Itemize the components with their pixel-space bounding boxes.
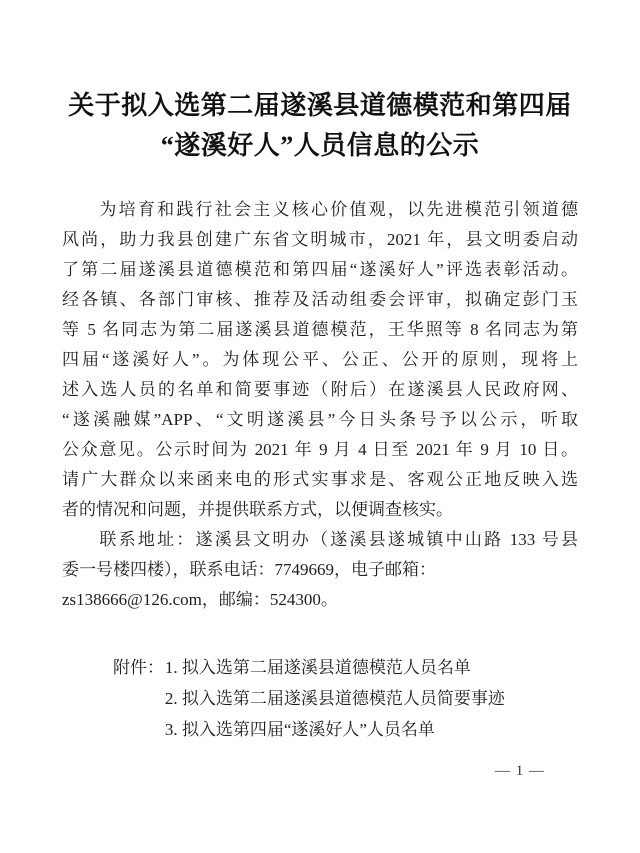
body-line: 述入选人员的名单和简要事迹（附后）在遂溪县人民政府网、 <box>62 375 578 405</box>
attachments-label-spacer <box>113 714 165 745</box>
body-line: 为培育和践行社会主义核心价值观，以先进模范引领道德 <box>62 195 578 225</box>
page-footer: — 1 — <box>62 763 578 780</box>
body-line: zs138666@126.com，邮编：524300。 <box>62 585 578 615</box>
body-line: 联系地址：遂溪县文明办（遂溪县遂城镇中山路 133 号县 <box>62 525 578 555</box>
body-line: 者的情况和问题，并提供联系方式，以便调查核实。 <box>62 495 578 525</box>
body-line: 请广大群众以来函来电的形式实事求是、客观公正地反映入选 <box>62 465 578 495</box>
attachment-item: 3. 拟入选第四届“遂溪好人”人员名单 <box>113 714 578 745</box>
attachments-list: 附件： 1. 拟入选第二届遂溪县道德模范人员名单 2. 拟入选第二届遂溪县道德模… <box>113 652 578 745</box>
document-page: 关于拟入选第二届遂溪县道德模范和第四届 “遂溪好人”人员信息的公示 为培育和践行… <box>0 0 640 853</box>
attachment-item: 附件： 1. 拟入选第二届遂溪县道德模范人员名单 <box>113 652 578 683</box>
document-body: 为培育和践行社会主义核心价值观，以先进模范引领道德 风尚，助力我县创建广东省文明… <box>62 195 578 615</box>
document-title: 关于拟入选第二届遂溪县道德模范和第四届 “遂溪好人”人员信息的公示 <box>62 86 578 166</box>
body-line: 委一号楼四楼），联系电话：7749669，电子邮箱： <box>62 555 578 585</box>
attachment-item-text: 2. 拟入选第二届遂溪县道德模范人员简要事迹 <box>165 683 505 714</box>
body-line: 了第二届遂溪县道德模范和第四届“遂溪好人”评选表彰活动。 <box>62 255 578 285</box>
body-line: “遂溪融媒”APP、“文明遂溪县”今日头条号予以公示，听取 <box>62 405 578 435</box>
body-line: 公众意见。公示时间为 2021 年 9 月 4 日至 2021 年 9 月 10… <box>62 435 578 465</box>
attachment-item: 2. 拟入选第二届遂溪县道德模范人员简要事迹 <box>113 683 578 714</box>
title-line-1: 关于拟入选第二届遂溪县道德模范和第四届 <box>62 86 578 126</box>
attachments-label-spacer <box>113 683 165 714</box>
title-line-2: “遂溪好人”人员信息的公示 <box>62 126 578 166</box>
attachment-item-text: 3. 拟入选第四届“遂溪好人”人员名单 <box>165 714 435 745</box>
body-line: 四届“遂溪好人”。为体现公平、公正、公开的原则，现将上 <box>62 345 578 375</box>
attachment-item-text: 1. 拟入选第二届遂溪县道德模范人员名单 <box>165 652 471 683</box>
attachments-label: 附件： <box>113 652 165 683</box>
body-line: 等 5 名同志为第二届遂溪县道德模范，王华照等 8 名同志为第 <box>62 315 578 345</box>
page-number: — 1 — <box>495 763 545 779</box>
body-line: 经各镇、各部门审核、推荐及活动组委会评审，拟确定彭门玉 <box>62 285 578 315</box>
body-line: 风尚，助力我县创建广东省文明城市，2021 年，县文明委启动 <box>62 225 578 255</box>
